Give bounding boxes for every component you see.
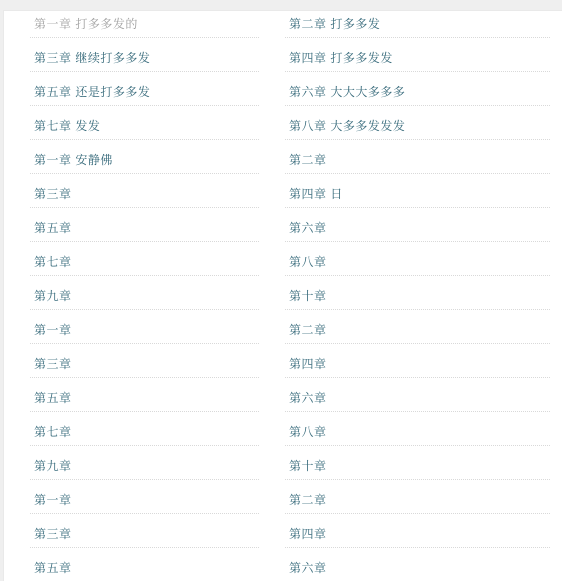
chapter-list: 第一章 打多多发的第二章 打多多发第三章 继续打多多发第四章 打多多发发第五章 … (30, 10, 562, 581)
chapter-link[interactable]: 第九章 (30, 446, 259, 480)
chapter-link[interactable]: 第八章 (285, 242, 550, 276)
chapter-link[interactable]: 第一章 (30, 480, 259, 514)
chapter-link[interactable]: 第八章 大多多发发发 (285, 106, 550, 140)
chapter-link[interactable]: 第三章 (30, 344, 259, 378)
chapter-link[interactable]: 第五章 (30, 548, 259, 581)
chapter-link[interactable]: 第五章 (30, 378, 259, 412)
chapter-link[interactable]: 第五章 还是打多多发 (30, 72, 259, 106)
chapter-link[interactable]: 第三章 (30, 174, 259, 208)
chapter-link[interactable]: 第一章 安静佛 (30, 140, 259, 174)
chapter-link[interactable]: 第二章 (285, 480, 550, 514)
chapter-link[interactable]: 第一章 打多多发的 (30, 10, 259, 38)
chapter-link[interactable]: 第十章 (285, 276, 550, 310)
chapter-link[interactable]: 第四章 打多多发发 (285, 38, 550, 72)
chapter-link[interactable]: 第一章 (30, 310, 259, 344)
chapter-link[interactable]: 第四章 (285, 514, 550, 548)
chapter-link[interactable]: 第七章 (30, 242, 259, 276)
chapter-link[interactable]: 第六章 (285, 378, 550, 412)
chapter-link[interactable]: 第三章 继续打多多发 (30, 38, 259, 72)
chapter-link[interactable]: 第五章 (30, 208, 259, 242)
chapter-link[interactable]: 第十章 (285, 446, 550, 480)
chapter-link[interactable]: 第九章 (30, 276, 259, 310)
chapter-link[interactable]: 第七章 (30, 412, 259, 446)
chapter-link[interactable]: 第八章 (285, 412, 550, 446)
chapter-link[interactable]: 第七章 发发 (30, 106, 259, 140)
chapter-panel: 第一章 打多多发的第二章 打多多发第三章 继续打多多发第四章 打多多发发第五章 … (3, 10, 562, 581)
chapter-link[interactable]: 第二章 (285, 310, 550, 344)
chapter-link[interactable]: 第二章 (285, 140, 550, 174)
chapter-link[interactable]: 第六章 (285, 548, 550, 581)
chapter-link[interactable]: 第二章 打多多发 (285, 10, 550, 38)
chapter-link[interactable]: 第三章 (30, 514, 259, 548)
chapter-link[interactable]: 第四章 日 (285, 174, 550, 208)
chapter-link[interactable]: 第六章 大大大多多多 (285, 72, 550, 106)
chapter-link[interactable]: 第六章 (285, 208, 550, 242)
chapter-link[interactable]: 第四章 (285, 344, 550, 378)
